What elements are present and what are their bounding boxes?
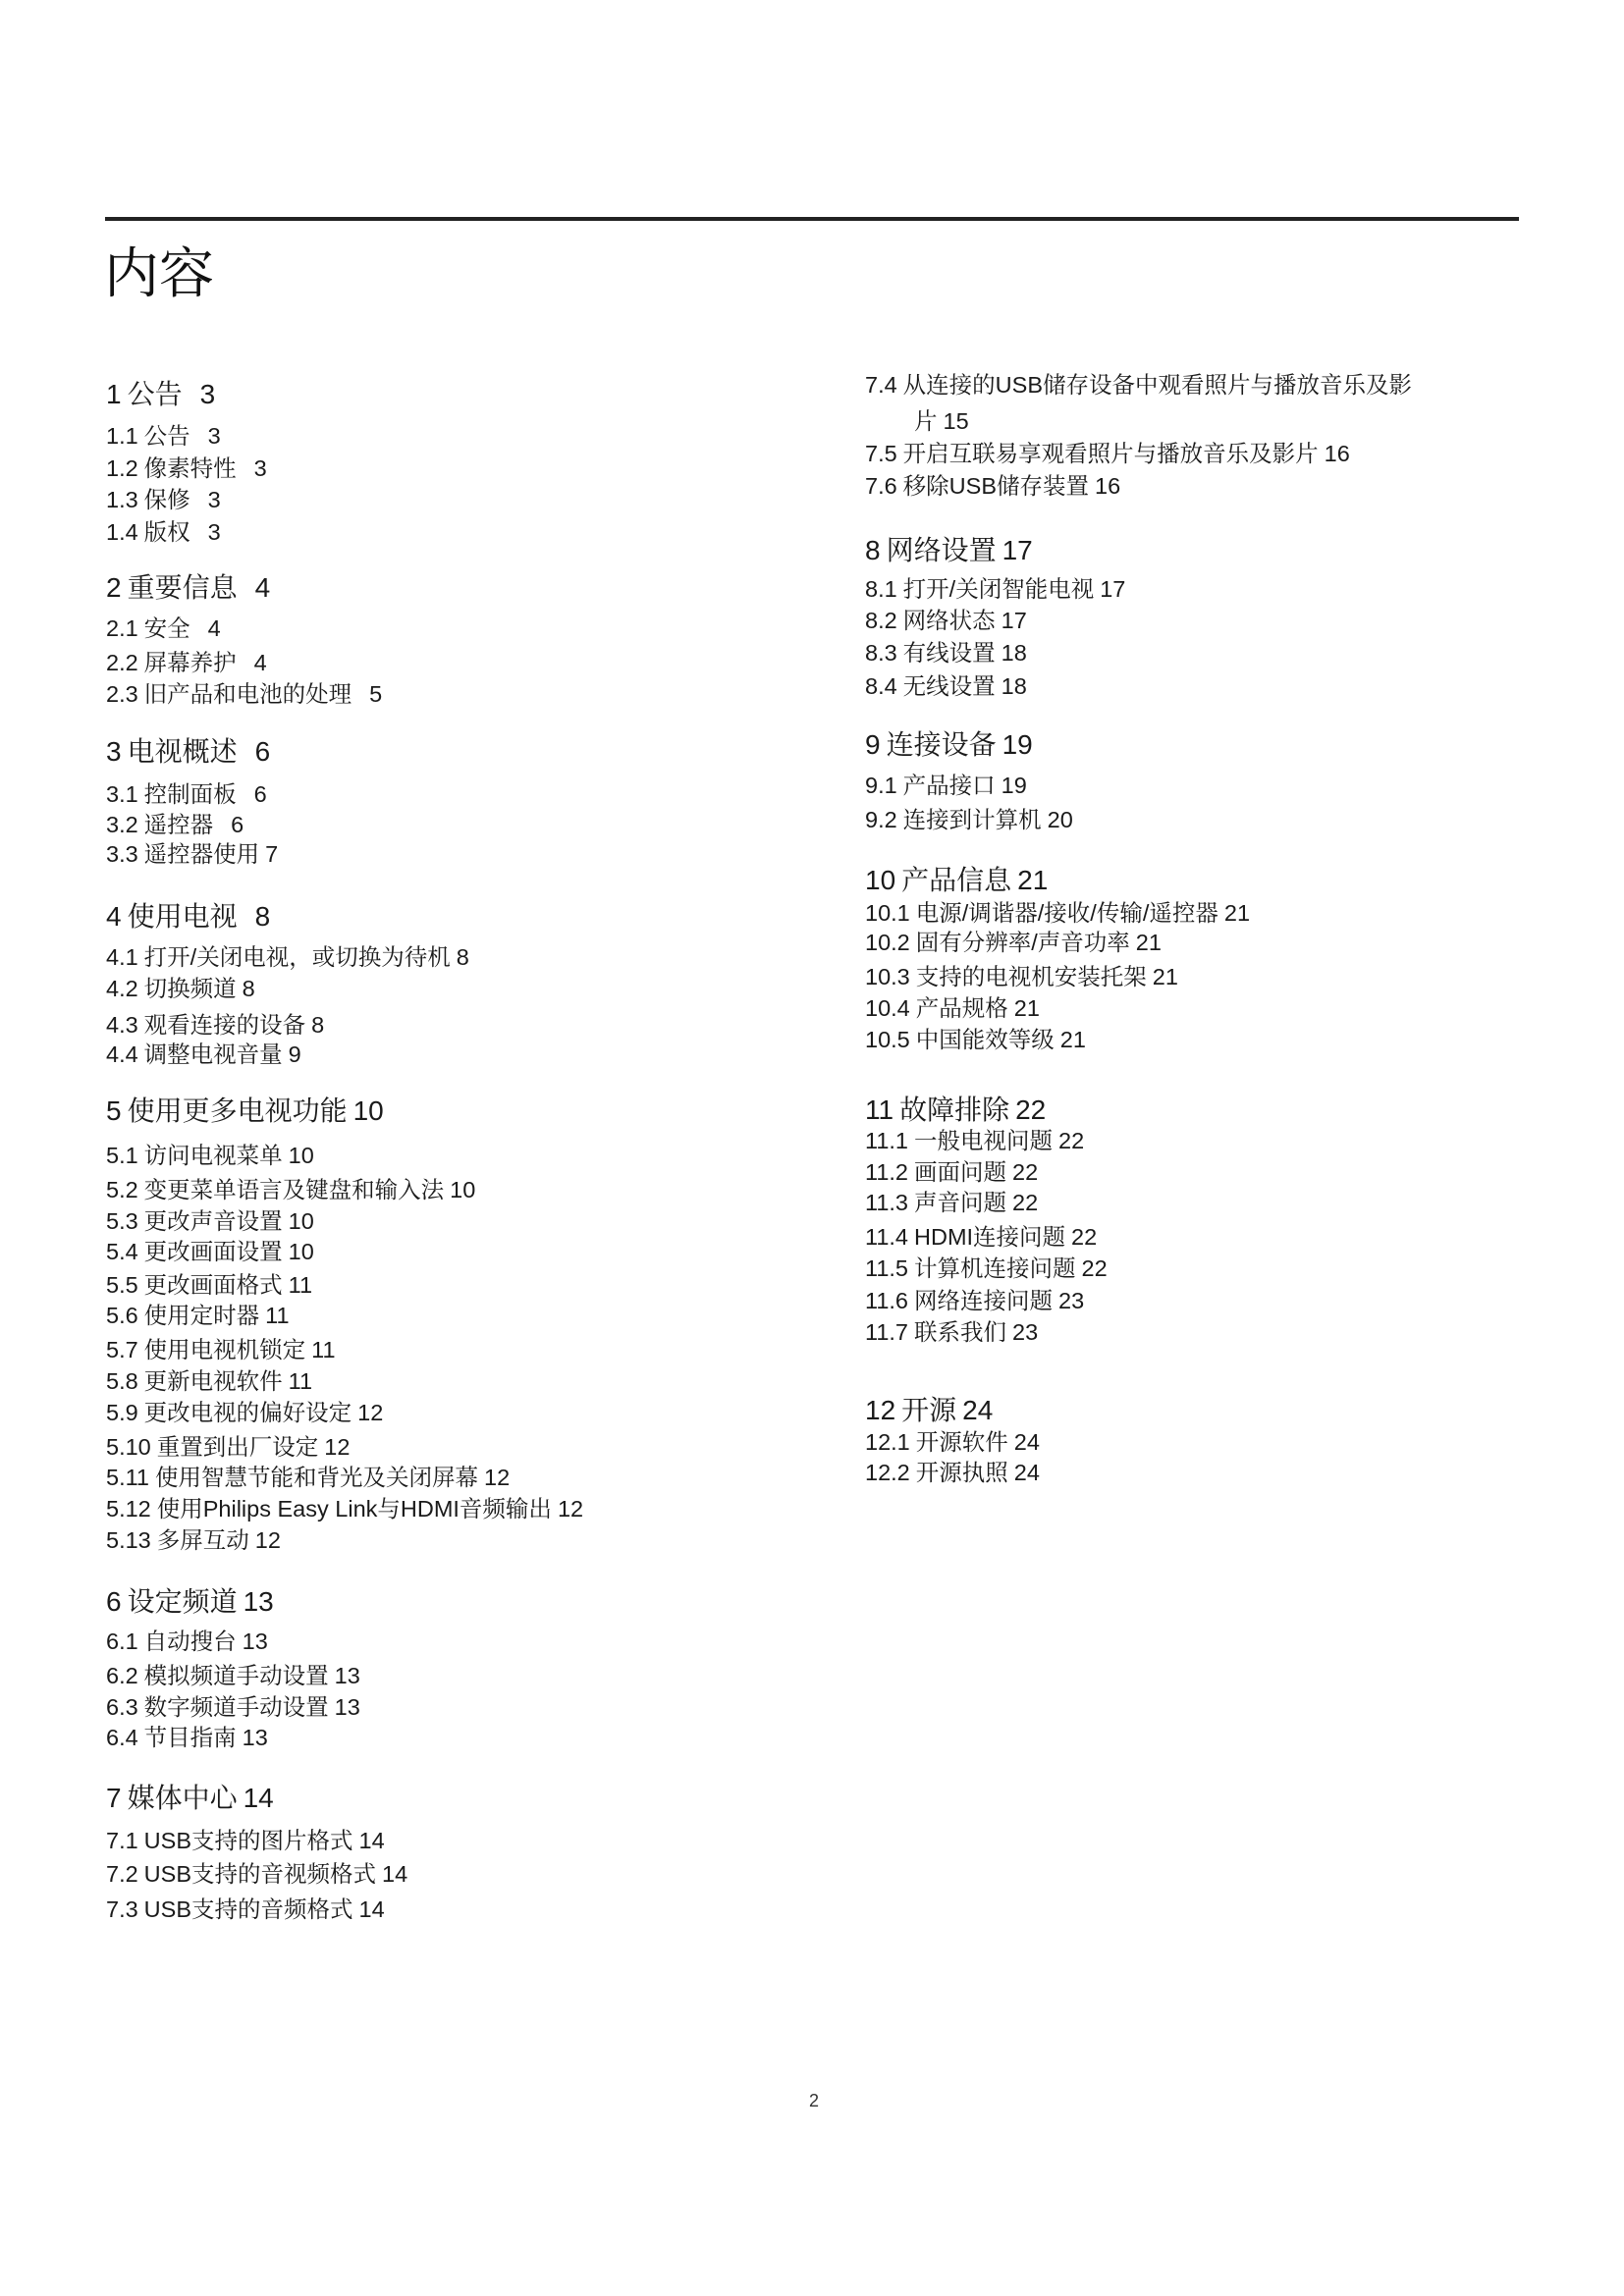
- toc-section-entry[interactable]: 11.1一般电视问题22: [865, 1130, 1084, 1153]
- toc-section-entry[interactable]: 12.1开源软件24: [865, 1431, 1040, 1455]
- page-number: 2: [809, 2091, 819, 2111]
- toc-entry-label: 版权: [144, 519, 190, 545]
- toc-entry-number: 1.2: [106, 455, 138, 481]
- toc-entry-page: 13: [243, 1629, 268, 1654]
- toc-section-entry[interactable]: 5.1访问电视菜单10: [106, 1145, 314, 1168]
- toc-chapter-heading[interactable]: 3电视概述6: [106, 738, 270, 766]
- toc-entry-label: 像素特性: [144, 455, 237, 481]
- toc-section-entry[interactable]: 5.12使用Philips Easy Link与HDMI音频输出12: [106, 1498, 583, 1522]
- toc-entry-page: 6: [231, 812, 244, 837]
- toc-section-entry[interactable]: 10.5中国能效等级21: [865, 1029, 1086, 1052]
- toc-entry-number: 11.5: [865, 1255, 908, 1281]
- toc-entry-page: 13: [243, 1725, 268, 1750]
- toc-section-entry[interactable]: 5.13多屏互动12: [106, 1529, 281, 1553]
- toc-entry-label: 使用更多电视功能: [128, 1095, 348, 1126]
- toc-entry-label: 观看连接的设备: [144, 1012, 306, 1038]
- toc-entry-page: 18: [1001, 673, 1027, 699]
- toc-entry-page: 19: [1001, 773, 1027, 798]
- toc-chapter-heading[interactable]: 4使用电视8: [106, 903, 270, 931]
- toc-entry-number: 4.1: [106, 944, 138, 970]
- toc-entry-page: 17: [1001, 608, 1027, 633]
- toc-section-entry[interactable]: 5.11使用智慧节能和背光及关闭屏幕12: [106, 1467, 510, 1490]
- toc-section-entry[interactable]: 11.5计算机连接问题22: [865, 1257, 1108, 1281]
- toc-entry-number: 11.2: [865, 1159, 908, 1185]
- toc-entry-page: 12: [558, 1496, 583, 1522]
- toc-entry-page: 15: [944, 408, 969, 434]
- toc-section-entry[interactable]: 6.3数字频道手动设置13: [106, 1696, 360, 1720]
- toc-chapter-heading[interactable]: 11故障排除22: [865, 1096, 1046, 1124]
- toc-section-entry[interactable]: 10.1电源/调谐器/接收/传输/遥控器21: [865, 902, 1250, 926]
- toc-section-entry[interactable]: 2.2屏幕养护4: [106, 652, 267, 675]
- toc-entry-label: 一般电视问题: [914, 1128, 1053, 1153]
- toc-entry-number: 3.1: [106, 781, 138, 807]
- toc-entry-number: 5.12: [106, 1496, 151, 1522]
- toc-entry-number: 3: [106, 736, 122, 767]
- toc-entry-number: 5: [106, 1095, 122, 1126]
- toc-entry-page: 21: [1014, 995, 1040, 1021]
- toc-entry-number: 4: [106, 901, 122, 932]
- toc-entry-label: 打开/关闭电视，或切换为待机: [144, 944, 451, 970]
- toc-entry-number: 11.4: [865, 1224, 908, 1250]
- toc-entry-label: 媒体中心: [128, 1783, 238, 1813]
- toc-entry-label: 打开/关闭智能电视: [903, 576, 1095, 602]
- toc-entry-number: 6.4: [106, 1725, 138, 1750]
- toc-entry-page: 21: [1136, 930, 1162, 955]
- toc-entry-page: 8: [243, 976, 255, 1001]
- toc-section-entry[interactable]: 11.6网络连接问题23: [865, 1290, 1084, 1313]
- toc-section-entry[interactable]: 8.1打开/关闭智能电视17: [865, 578, 1125, 602]
- toc-entry-page: 22: [1058, 1128, 1084, 1153]
- toc-entry-number: 12.2: [865, 1460, 910, 1485]
- toc-entry-number: 5.5: [106, 1272, 138, 1298]
- toc-entry-label: 网络状态: [903, 608, 996, 633]
- toc-section-entry[interactable]: 1.2像素特性3: [106, 457, 267, 481]
- toc-section-entry[interactable]: 7.2USB支持的音视频格式14: [106, 1863, 407, 1887]
- toc-section-entry[interactable]: 7.6移除USB储存装置16: [865, 475, 1120, 499]
- toc-entry-label: 节目指南: [144, 1725, 237, 1750]
- toc-entry-number: 1: [106, 379, 122, 409]
- toc-entry-page: 3: [200, 379, 216, 409]
- toc-entry-number: 6.1: [106, 1629, 138, 1654]
- toc-entry-number: 11.6: [865, 1288, 908, 1313]
- toc-entry-label: 更新电视软件: [144, 1368, 283, 1394]
- toc-entry-label: 保修: [144, 487, 190, 512]
- toc-entry-page: 12: [484, 1465, 510, 1490]
- toc-entry-label: 重置到出厂设定: [157, 1434, 319, 1460]
- toc-entry-label: 使用智慧节能和背光及关闭屏幕: [155, 1465, 478, 1490]
- toc-section-entry[interactable]: 5.5更改画面格式11: [106, 1274, 312, 1298]
- toc-entry-label: 数字频道手动设置: [144, 1694, 329, 1720]
- toc-entry-label: 产品接口: [903, 773, 996, 798]
- toc-entry-number: 9: [865, 729, 881, 760]
- toc-entry-label: 切换频道: [144, 976, 237, 1001]
- toc-section-entry[interactable]: 10.4产品规格21: [865, 997, 1040, 1021]
- toc-entry-number: 5.8: [106, 1368, 138, 1394]
- toc-entry-page: 17: [1100, 576, 1125, 602]
- toc-entry-label: 中国能效等级: [916, 1027, 1055, 1052]
- toc-entry-page: 13: [335, 1694, 360, 1720]
- toc-entry-number: 4.4: [106, 1041, 138, 1067]
- toc-entry-page: 3: [208, 519, 221, 545]
- toc-entry-label: 网络设置: [887, 535, 997, 565]
- toc-entry-page: 13: [335, 1663, 360, 1688]
- toc-entry-number: 8.4: [865, 673, 897, 699]
- toc-entry-label: USB支持的图片格式: [144, 1828, 353, 1853]
- toc-entry-label: 公告: [144, 423, 190, 449]
- toc-entry-number: 5.7: [106, 1337, 138, 1362]
- toc-section-entry[interactable]: 8.2网络状态17: [865, 610, 1027, 633]
- toc-entry-number: 3.3: [106, 841, 138, 867]
- toc-entry-number: 8: [865, 535, 881, 565]
- toc-entry-label: USB支持的音频格式: [144, 1896, 353, 1922]
- toc-entry-label: 支持的电视机安装托架: [916, 964, 1147, 989]
- toc-entry-label: 更改电视的偏好设定: [144, 1400, 352, 1425]
- toc-entry-number: 6.2: [106, 1663, 138, 1688]
- toc-entry-label: 联系我们: [914, 1319, 1006, 1345]
- toc-entry-page: 5: [369, 681, 382, 707]
- toc-entry-page: 7: [265, 841, 278, 867]
- toc-chapter-heading[interactable]: 6设定频道13: [106, 1588, 274, 1616]
- toc-entry-number: 5.2: [106, 1177, 138, 1202]
- toc-entry-page: 23: [1012, 1319, 1038, 1345]
- toc-entry-label: 调整电视音量: [144, 1041, 283, 1067]
- toc-entry-number: 5.9: [106, 1400, 138, 1425]
- toc-section-entry[interactable]: 5.8更新电视软件11: [106, 1370, 312, 1394]
- toc-entry-page: 11: [289, 1368, 312, 1394]
- toc-entry-page: 10: [289, 1239, 314, 1264]
- toc-entry-number: 3.2: [106, 812, 138, 837]
- toc-entry-label: 声音问题: [914, 1190, 1006, 1215]
- toc-entry-page: 12: [357, 1400, 383, 1425]
- toc-section-entry[interactable]: 3.3遥控器使用7: [106, 843, 278, 867]
- toc-section-entry[interactable]: 11.7联系我们23: [865, 1321, 1038, 1345]
- toc-entry-page: 21: [1224, 900, 1250, 926]
- toc-section-entry[interactable]: 8.4无线设置18: [865, 675, 1027, 699]
- toc-entry-page: 21: [1060, 1027, 1086, 1052]
- toc-section-entry[interactable]: 4.3观看连接的设备8: [106, 1014, 324, 1038]
- toc-entry-page: 13: [244, 1586, 274, 1617]
- toc-entry-label: 旧产品和电池的处理: [144, 681, 352, 707]
- toc-section-entry[interactable]: 7.1USB支持的图片格式14: [106, 1830, 385, 1853]
- toc-entry-page: 11: [289, 1272, 312, 1298]
- toc-entry-page: 8: [255, 901, 271, 932]
- toc-section-entry[interactable]: 4.1打开/关闭电视，或切换为待机8: [106, 946, 469, 970]
- toc-entry-continuation[interactable]: 片15: [914, 410, 969, 434]
- toc-section-entry[interactable]: 8.3有线设置18: [865, 642, 1027, 666]
- toc-entry-label: 移除USB储存装置: [903, 473, 1089, 499]
- toc-entry-number: 12: [865, 1395, 895, 1425]
- toc-entry-label: 设定频道: [128, 1586, 238, 1617]
- toc-section-entry[interactable]: 2.1安全4: [106, 617, 221, 641]
- toc-entry-label: 多屏互动: [157, 1527, 249, 1553]
- toc-entry-number: 8.2: [865, 608, 897, 633]
- toc-entry-page: 11: [265, 1303, 289, 1328]
- toc-entry-number: 6: [106, 1586, 122, 1617]
- toc-entry-page: 12: [324, 1434, 350, 1460]
- toc-entry-number: 11.7: [865, 1319, 908, 1345]
- toc-section-entry[interactable]: 10.2固有分辨率/声音功率21: [865, 932, 1162, 955]
- header-rule: [105, 217, 1519, 221]
- toc-entry-page: 3: [254, 455, 267, 481]
- toc-entry-page: 8: [311, 1012, 324, 1038]
- toc-entry-number: 12.1: [865, 1429, 910, 1455]
- toc-entry-label: 变更菜单语言及键盘和输入法: [144, 1177, 445, 1202]
- toc-entry-page: 16: [1095, 473, 1120, 499]
- toc-entry-number: 11: [865, 1095, 893, 1125]
- toc-entry-page: 24: [962, 1395, 993, 1425]
- toc-entry-number: 2.3: [106, 681, 138, 707]
- toc-section-entry[interactable]: 7.3USB支持的音频格式14: [106, 1898, 385, 1922]
- toc-entry-number: 2.1: [106, 615, 138, 641]
- toc-entry-label: 开源软件: [916, 1429, 1008, 1455]
- toc-entry-number: 9.2: [865, 807, 897, 832]
- toc-entry-page: 10: [450, 1177, 475, 1202]
- toc-entry-label: 计算机连接问题: [914, 1255, 1076, 1281]
- toc-entry-page: 10: [289, 1208, 314, 1234]
- toc-entry-page: 17: [1002, 535, 1033, 565]
- toc-entry-number: 2.2: [106, 650, 138, 675]
- toc-section-entry[interactable]: 7.5开启互联易享观看照片与播放音乐及影片16: [865, 443, 1350, 466]
- toc-entry-page: 3: [208, 423, 221, 449]
- toc-entry-number: 7.1: [106, 1828, 138, 1853]
- toc-section-entry[interactable]: 1.4版权3: [106, 521, 221, 545]
- toc-section-entry[interactable]: 9.1产品接口19: [865, 774, 1027, 798]
- toc-section-entry[interactable]: 1.3保修3: [106, 489, 221, 512]
- toc-chapter-heading[interactable]: 8网络设置17: [865, 537, 1033, 564]
- toc-section-entry[interactable]: 5.10重置到出厂设定12: [106, 1436, 350, 1460]
- toc-entry-number: 4.3: [106, 1012, 138, 1038]
- toc-entry-number: 9.1: [865, 773, 897, 798]
- toc-section-entry[interactable]: 3.2遥控器6: [106, 814, 244, 837]
- toc-entry-number: 5.6: [106, 1303, 138, 1328]
- toc-chapter-heading[interactable]: 10产品信息21: [865, 867, 1048, 894]
- toc-section-entry[interactable]: 6.2模拟频道手动设置13: [106, 1665, 360, 1688]
- toc-section-entry[interactable]: 7.4从连接的USB储存设备中观看照片与播放音乐及影: [865, 374, 1412, 398]
- toc-entry-page: 22: [1012, 1190, 1038, 1215]
- toc-entry-page: 3: [208, 487, 221, 512]
- toc-section-entry[interactable]: 5.7使用电视机锁定11: [106, 1339, 336, 1362]
- toc-entry-label: 产品规格: [916, 995, 1008, 1021]
- toc-entry-label: 更改画面设置: [144, 1239, 283, 1264]
- toc-section-entry[interactable]: 11.2画面问题22: [865, 1161, 1038, 1185]
- toc-entry-number: 7.2: [106, 1861, 138, 1887]
- toc-entry-label: 从连接的USB储存设备中观看照片与播放音乐及影: [903, 372, 1412, 398]
- toc-entry-number: 5.10: [106, 1434, 151, 1460]
- toc-entry-label: 片: [914, 408, 938, 434]
- toc-entry-label: 模拟频道手动设置: [144, 1663, 329, 1688]
- toc-entry-number: 10: [865, 865, 895, 895]
- toc-entry-number: 5.11: [106, 1465, 149, 1490]
- toc-section-entry[interactable]: 5.2变更菜单语言及键盘和输入法10: [106, 1179, 475, 1202]
- toc-entry-page: 18: [1001, 640, 1027, 666]
- toc-entry-number: 7: [106, 1783, 122, 1813]
- toc-section-entry[interactable]: 4.4调整电视音量9: [106, 1043, 301, 1067]
- toc-entry-number: 2: [106, 572, 122, 603]
- toc-chapter-heading[interactable]: 12开源24: [865, 1397, 993, 1424]
- toc-entry-number: 7.5: [865, 441, 897, 466]
- toc-entry-number: 11.3: [865, 1190, 908, 1215]
- toc-section-entry[interactable]: 10.3支持的电视机安装托架21: [865, 966, 1178, 989]
- toc-entry-page: 9: [289, 1041, 301, 1067]
- toc-entry-number: 7.6: [865, 473, 897, 499]
- toc-section-entry[interactable]: 6.1自动搜台13: [106, 1630, 268, 1654]
- toc-entry-label: 遥控器使用: [144, 841, 260, 867]
- toc-entry-label: USB支持的音视频格式: [144, 1861, 376, 1887]
- toc-entry-number: 10.4: [865, 995, 910, 1021]
- toc-entry-page: 24: [1014, 1429, 1040, 1455]
- toc-entry-number: 10.3: [865, 964, 910, 989]
- toc-chapter-heading[interactable]: 1公告3: [106, 381, 215, 408]
- toc-section-entry[interactable]: 4.2切换频道8: [106, 978, 255, 1001]
- toc-section-entry[interactable]: 3.1控制面板6: [106, 783, 267, 807]
- toc-entry-number: 7.4: [865, 372, 897, 398]
- toc-entry-label: 控制面板: [144, 781, 237, 807]
- toc-entry-label: 自动搜台: [144, 1629, 237, 1654]
- toc-entry-page: 4: [208, 615, 221, 641]
- toc-entry-label: 连接设备: [887, 729, 997, 760]
- toc-entry-number: 1.3: [106, 487, 138, 512]
- toc-entry-label: 更改画面格式: [144, 1272, 283, 1298]
- toc-entry-page: 14: [382, 1861, 407, 1887]
- toc-entry-number: 1.1: [106, 423, 138, 449]
- toc-entry-label: 连接到计算机: [903, 807, 1042, 832]
- toc-entry-page: 16: [1325, 441, 1350, 466]
- toc-entry-page: 22: [1082, 1255, 1108, 1281]
- toc-entry-page: 4: [255, 572, 271, 603]
- toc-chapter-heading[interactable]: 7媒体中心14: [106, 1785, 274, 1812]
- page-title: 内容: [104, 241, 214, 306]
- toc-entry-label: 更改声音设置: [144, 1208, 283, 1234]
- toc-entry-page: 24: [1014, 1460, 1040, 1485]
- toc-entry-number: 10.5: [865, 1027, 910, 1052]
- toc-entry-page: 22: [1012, 1159, 1038, 1185]
- toc-entry-label: 产品信息: [901, 865, 1011, 895]
- toc-entry-number: 1.4: [106, 519, 138, 545]
- toc-section-entry[interactable]: 5.4更改画面设置10: [106, 1241, 314, 1264]
- toc-entry-label: 故障排除: [899, 1095, 1009, 1125]
- toc-entry-number: 11.1: [865, 1128, 908, 1153]
- toc-entry-label: 使用Philips Easy Link与HDMI音频输出: [157, 1496, 552, 1522]
- toc-entry-number: 4.2: [106, 976, 138, 1001]
- toc-entry-page: 14: [244, 1783, 274, 1813]
- toc-entry-page: 4: [254, 650, 267, 675]
- toc-entry-label: HDMI连接问题: [914, 1224, 1065, 1250]
- toc-section-entry[interactable]: 12.2开源执照24: [865, 1462, 1040, 1485]
- toc-entry-label: 开源执照: [916, 1460, 1008, 1485]
- toc-section-entry[interactable]: 1.1公告3: [106, 425, 221, 449]
- toc-entry-number: 5.4: [106, 1239, 138, 1264]
- toc-entry-page: 22: [1015, 1095, 1046, 1125]
- toc-entry-label: 开源: [901, 1395, 956, 1425]
- toc-entry-label: 使用电视: [128, 901, 238, 932]
- toc-entry-number: 5.1: [106, 1143, 138, 1168]
- toc-entry-label: 有线设置: [903, 640, 996, 666]
- toc-entry-page: 12: [255, 1527, 281, 1553]
- toc-section-entry[interactable]: 11.3声音问题22: [865, 1192, 1038, 1215]
- toc-entry-label: 电源/调谐器/接收/传输/遥控器: [916, 900, 1218, 926]
- toc-entry-label: 访问电视菜单: [144, 1143, 283, 1168]
- toc-chapter-heading[interactable]: 2重要信息4: [106, 574, 270, 602]
- toc-entry-page: 6: [254, 781, 267, 807]
- toc-entry-number: 7.3: [106, 1896, 138, 1922]
- toc-entry-label: 公告: [128, 379, 183, 409]
- toc-chapter-heading[interactable]: 5使用更多电视功能10: [106, 1097, 384, 1125]
- toc-entry-page: 11: [311, 1337, 335, 1362]
- toc-entry-number: 10.1: [865, 900, 910, 926]
- toc-entry-page: 10: [289, 1143, 314, 1168]
- toc-chapter-heading[interactable]: 9连接设备19: [865, 731, 1033, 759]
- toc-entry-label: 重要信息: [128, 572, 238, 603]
- toc-entry-label: 使用电视机锁定: [144, 1337, 306, 1362]
- toc-entry-number: 5.13: [106, 1527, 151, 1553]
- toc-entry-number: 5.3: [106, 1208, 138, 1234]
- toc-entry-page: 20: [1048, 807, 1073, 832]
- toc-entry-label: 屏幕养护: [144, 650, 237, 675]
- toc-entry-label: 开启互联易享观看照片与播放音乐及影片: [903, 441, 1319, 466]
- toc-entry-label: 安全: [144, 615, 190, 641]
- toc-entry-number: 10.2: [865, 930, 910, 955]
- toc-entry-page: 8: [457, 944, 469, 970]
- toc-entry-number: 6.3: [106, 1694, 138, 1720]
- toc-entry-page: 22: [1071, 1224, 1097, 1250]
- toc-entry-label: 电视概述: [128, 736, 238, 767]
- toc-entry-number: 8.1: [865, 576, 897, 602]
- toc-entry-label: 无线设置: [903, 673, 996, 699]
- toc-section-entry[interactable]: 5.3更改声音设置10: [106, 1210, 314, 1234]
- toc-entry-page: 19: [1002, 729, 1033, 760]
- toc-section-entry[interactable]: 11.4HDMI连接问题22: [865, 1226, 1097, 1250]
- toc-entry-page: 6: [255, 736, 271, 767]
- toc-entry-page: 21: [1017, 865, 1048, 895]
- toc-entry-label: 遥控器: [144, 812, 214, 837]
- toc-section-entry[interactable]: 2.3旧产品和电池的处理5: [106, 683, 382, 707]
- toc-section-entry[interactable]: 5.9更改电视的偏好设定12: [106, 1402, 383, 1425]
- toc-entry-page: 14: [359, 1828, 385, 1853]
- toc-entry-label: 网络连接问题: [914, 1288, 1053, 1313]
- toc-entry-page: 23: [1058, 1288, 1084, 1313]
- toc-section-entry[interactable]: 9.2连接到计算机20: [865, 809, 1073, 832]
- toc-entry-label: 使用定时器: [144, 1303, 260, 1328]
- toc-entry-page: 14: [359, 1896, 385, 1922]
- toc-entry-label: 固有分辨率/声音功率: [916, 930, 1130, 955]
- toc-section-entry[interactable]: 6.4节目指南13: [106, 1727, 268, 1750]
- toc-section-entry[interactable]: 5.6使用定时器11: [106, 1305, 290, 1328]
- toc-entry-number: 8.3: [865, 640, 897, 666]
- toc-entry-page: 10: [353, 1095, 384, 1126]
- toc-entry-page: 21: [1153, 964, 1178, 989]
- toc-entry-label: 画面问题: [914, 1159, 1006, 1185]
